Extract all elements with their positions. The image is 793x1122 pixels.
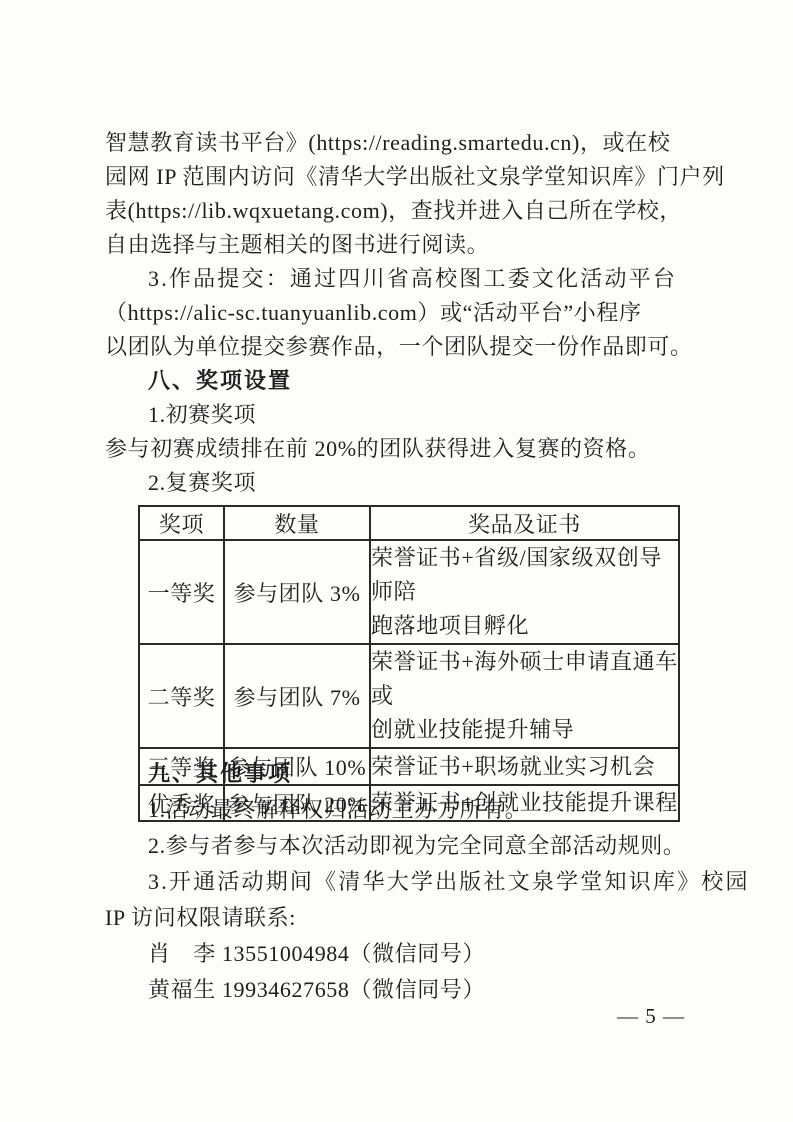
scanned-document-page: 智慧教育读书平台》(https://reading.smartedu.cn)，或…: [0, 0, 793, 1122]
cell-quantity: 参与团队 7%: [224, 644, 370, 748]
section-heading-awards: 八、奖项设置: [105, 364, 693, 398]
body-line: 以团队为单位提交参赛作品，一个团队提交一份作品即可。: [105, 330, 693, 364]
footer-line: 3.开通活动期间《清华大学出版社文泉学堂知识库》校园: [105, 864, 693, 900]
table-row: 一等奖 参与团队 3% 荣誉证书+省级/国家级双创导师陪 跑落地项目孵化: [139, 540, 679, 644]
body-text-block: 智慧教育读书平台》(https://reading.smartedu.cn)，或…: [105, 126, 693, 500]
page-number: — 5 —: [596, 1004, 706, 1029]
body-line: 参与初赛成绩排在前 20%的团队获得进入复赛的资格。: [105, 432, 693, 466]
cell-prize: 荣誉证书+海外硕士申请直通车或 创就业技能提升辅导: [370, 644, 679, 748]
body-line: 自由选择与主题相关的图书进行阅读。: [105, 228, 693, 262]
awards-table-header-row: 奖项 数量 奖品及证书: [139, 506, 679, 540]
body-line-preliminary-award: 1.初赛奖项: [105, 398, 693, 432]
footer-text-block: 九、其他事项 1.活动最终解释权归活动主办方所有。 2.参与者参与本次活动即视为…: [105, 756, 693, 1008]
cell-award: 二等奖: [139, 644, 224, 748]
contact-line-xiao-li: 肖 李 13551004984（微信同号）: [105, 936, 693, 972]
col-header-prize: 奖品及证书: [370, 506, 679, 540]
body-line-submission: 3.作品提交：通过四川省高校图工委文化活动平台: [105, 262, 693, 296]
cell-prize: 荣誉证书+省级/国家级双创导师陪 跑落地项目孵化: [370, 540, 679, 644]
col-header-quantity: 数量: [224, 506, 370, 540]
body-line: 园网 IP 范围内访问《清华大学出版社文泉学堂知识库》门户列: [105, 160, 693, 194]
body-line: 智慧教育读书平台》(https://reading.smartedu.cn)，或…: [105, 126, 693, 160]
footer-line: IP 访问权限请联系:: [105, 900, 693, 936]
table-row: 二等奖 参与团队 7% 荣誉证书+海外硕士申请直通车或 创就业技能提升辅导: [139, 644, 679, 748]
body-line-final-award: 2.复赛奖项: [105, 466, 693, 500]
col-header-award: 奖项: [139, 506, 224, 540]
footer-line: 2.参与者参与本次活动即视为完全同意全部活动规则。: [105, 828, 693, 864]
contact-line-huang-fusheng: 黄福生 19934627658（微信同号）: [105, 972, 693, 1008]
cell-award: 一等奖: [139, 540, 224, 644]
cell-quantity: 参与团队 3%: [224, 540, 370, 644]
section-heading-other-matters: 九、其他事项: [105, 756, 693, 792]
body-line: 表(https://lib.wqxuetang.com)，查找并进入自己所在学校…: [105, 194, 693, 228]
body-line: （https://alic-sc.tuanyuanlib.com）或“活动平台”…: [105, 296, 693, 330]
footer-line: 1.活动最终解释权归活动主办方所有。: [105, 792, 693, 828]
